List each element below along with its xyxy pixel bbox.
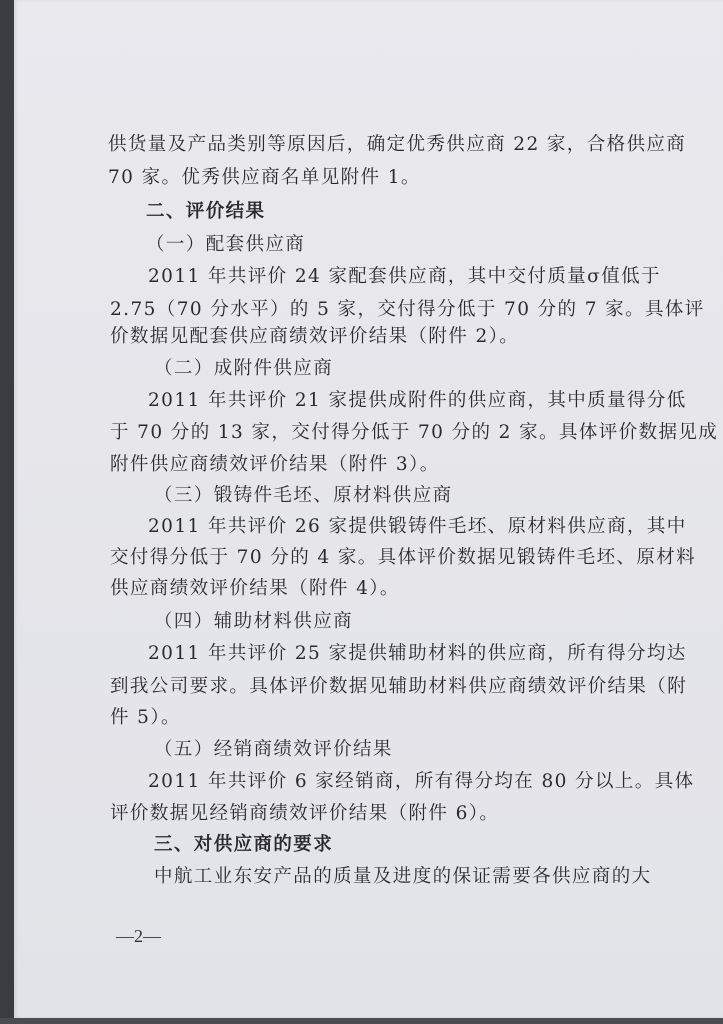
body-line: 2.75（70 分水平）的 5 家，交付得分低于 70 分的 7 家。具体评: [110, 295, 705, 321]
body-line: 交付得分低于 70 分的 4 家。具体评价数据见锻铸件毛坯、原材料: [110, 543, 696, 569]
body-line: 价数据见配套供应商绩效评价结果（附件 2）。: [110, 322, 519, 348]
body-line: 2011 年共评价 26 家提供锻铸件毛坯、原材料供应商，其中: [148, 512, 687, 538]
body-line: 2011 年共评价 6 家经销商，所有得分均在 80 分以上。具体: [148, 767, 695, 793]
subheading-auxiliary-material-suppliers: （四）辅助材料供应商: [154, 607, 353, 633]
subheading-distributor-results: （五）经销商绩效评价结果: [154, 735, 393, 761]
body-line: 2011 年共评价 24 家配套供应商，其中交付质量σ值低于: [148, 262, 661, 288]
body-line: 于 70 分的 13 家，交付得分低于 70 分的 2 家。具体评价数据见成: [110, 418, 718, 444]
subheading-forging-casting-suppliers: （三）锻铸件毛坯、原材料供应商: [154, 481, 453, 507]
body-line: 件 5）。: [110, 703, 181, 729]
subheading-accessory-suppliers: （二）成附件供应商: [154, 354, 333, 380]
body-line: 评价数据见经销商绩效评价结果（附件 6）。: [110, 799, 499, 825]
body-line: 70 家。优秀供应商名单见附件 1。: [108, 163, 421, 189]
body-line: 中航工业东安产品的质量及进度的保证需要各供应商的大: [154, 862, 652, 888]
section-heading-supplier-requirements: 三、对供应商的要求: [154, 830, 333, 856]
body-line: 附件供应商绩效评价结果（附件 3）。: [110, 450, 440, 476]
subheading-supporting-suppliers: （一）配套供应商: [146, 230, 305, 256]
body-line: 供应商绩效评价结果（附件 4）。: [110, 574, 400, 600]
body-line: 到我公司要求。具体评价数据见辅助材料供应商绩效评价结果（附: [110, 672, 687, 698]
body-line: 2011 年共评价 21 家提供成附件的供应商，其中质量得分低: [148, 386, 687, 412]
section-heading-evaluation-results: 二、评价结果: [146, 197, 265, 223]
scanned-page: 供货量及产品类别等原因后，确定优秀供应商 22 家，合格供应商 70 家。优秀供…: [0, 0, 723, 1024]
page-number: —2—: [116, 926, 161, 947]
scanner-bottom-edge: [0, 1018, 723, 1024]
body-line: 2011 年共评价 25 家提供辅助材料的供应商，所有得分均达: [148, 639, 687, 665]
body-line: 供货量及产品类别等原因后，确定优秀供应商 22 家，合格供应商: [108, 130, 686, 156]
